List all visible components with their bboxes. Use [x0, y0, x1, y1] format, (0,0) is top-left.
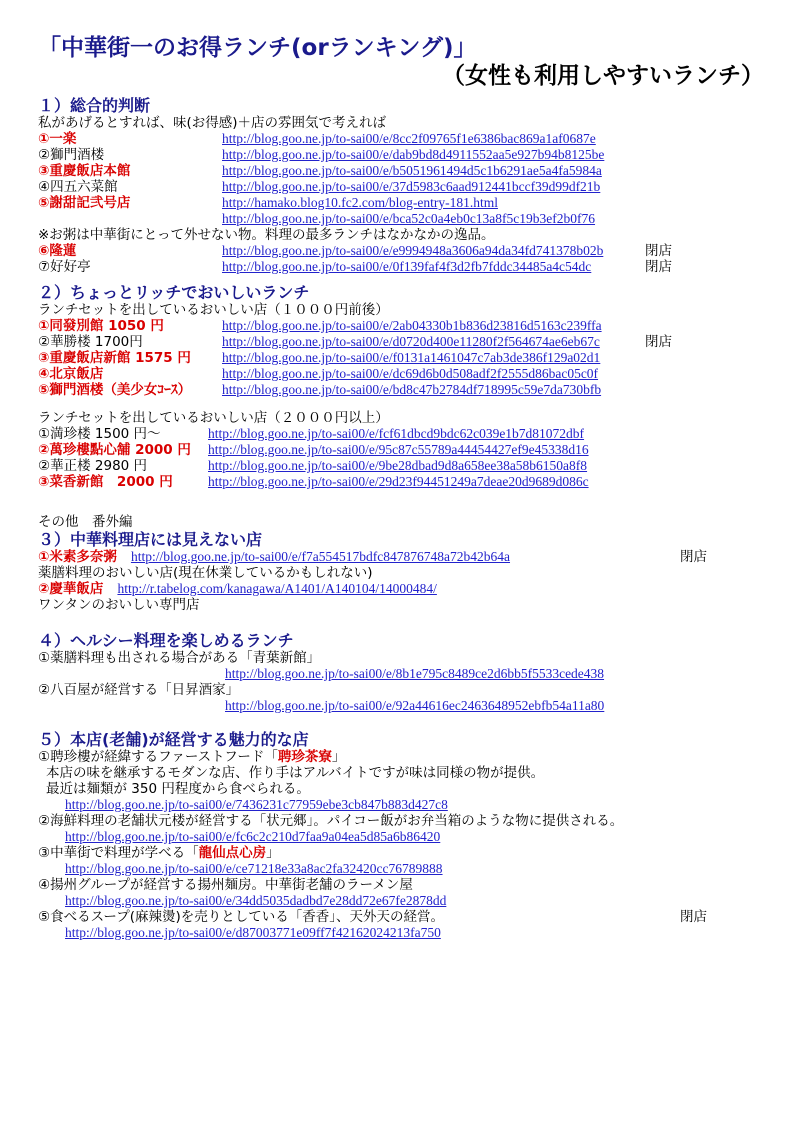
section-not-look-chinese: その他 番外編３）中華料理店には見えない店①米素多奈粥http://blog.g…: [38, 514, 764, 613]
url-line: http://blog.goo.ne.jp/to-sai00/e/92a4461…: [225, 698, 764, 714]
store-link[interactable]: http://blog.goo.ne.jp/to-sai00/e/0f139fa…: [222, 259, 591, 275]
text-content: ①薬膳料理も出される場合がある「青葉新館」: [38, 650, 320, 666]
store-link[interactable]: http://blog.goo.ne.jp/to-sai00/e/b505196…: [222, 163, 602, 179]
text-line: ④揚州グループが経営する揚州麺房。中華街老舗のラーメン屋: [38, 877, 764, 893]
section-healthy-lunch: ４）ヘルシー料理を楽しめるランチ①薬膳料理も出される場合がある「青葉新館」htt…: [38, 631, 764, 714]
store-link[interactable]: http://blog.goo.ne.jp/to-sai00/e/f0131a1…: [222, 350, 600, 366]
store-name: 聘珍茶寮: [278, 749, 332, 765]
text-content: ②八百屋が経営する「日昇酒家」: [38, 682, 239, 698]
store-name: ②慶華飯店: [38, 581, 103, 597]
store-row: ②華勝楼 1700円http://blog.goo.ne.jp/to-sai00…: [38, 334, 764, 350]
store-row: ④北京飯店http://blog.goo.ne.jp/to-sai00/e/dc…: [38, 366, 764, 382]
store-link[interactable]: http://blog.goo.ne.jp/to-sai00/e/7436231…: [65, 797, 448, 812]
text-line: 最近は麺類が 350 円程度から食べられる。: [46, 781, 764, 797]
store-link[interactable]: http://blog.goo.ne.jp/to-sai00/e/bca52c0…: [222, 211, 595, 227]
section-prenote: その他 番外編: [38, 514, 764, 530]
document-page: 「中華街一のお得ランチ(orランキング)」 （女性も利用しやすいランチ） １）総…: [0, 0, 794, 1123]
store-name: ①同發別館 1050 円: [38, 318, 222, 334]
store-link[interactable]: http://blog.goo.ne.jp/to-sai00/e/e999494…: [222, 243, 603, 259]
store-row: ⑦好好亭http://blog.goo.ne.jp/to-sai00/e/0f1…: [38, 259, 764, 275]
store-name: ①満珍楼 1500 円～: [38, 426, 208, 442]
store-row: ⑤獅門酒楼（美少女ｺｰｽ）http://blog.goo.ne.jp/to-sa…: [38, 382, 764, 398]
store-link[interactable]: http://blog.goo.ne.jp/to-sai00/e/dab9bd8…: [222, 147, 604, 163]
text-line: ②八百屋が経営する「日昇酒家」: [38, 682, 764, 698]
store-row: ②慶華飯店http://r.tabelog.com/kanagawa/A1401…: [38, 581, 764, 597]
store-link[interactable]: http://blog.goo.ne.jp/to-sai00/e/2ab0433…: [222, 318, 602, 334]
store-link[interactable]: http://r.tabelog.com/kanagawa/A1401/A140…: [117, 581, 436, 597]
store-row: ①同發別館 1050 円http://blog.goo.ne.jp/to-sai…: [38, 318, 764, 334]
url-line: http://blog.goo.ne.jp/to-sai00/e/7436231…: [65, 797, 764, 813]
store-name: ⑤獅門酒楼（美少女ｺｰｽ）: [38, 382, 222, 398]
section-heading: ２）ちょっとリッチでおいしいランチ: [38, 283, 764, 302]
section-rich-lunch-1000: ２）ちょっとリッチでおいしいランチランチセットを出しているおいしい店（１０００円…: [38, 283, 764, 398]
section-honten-shinise: ５）本店(老舗)が経営する魅力的な店①聘珍樓が経緯するファーストフード「聘珍茶寮…: [38, 730, 764, 941]
sections-container: １）総合的判断私があげるとすれば、味(お得感)＋店の雰囲気で考えれば①一楽htt…: [38, 96, 764, 941]
text-content: ※お粥は中華街にとって外せない物。料理の最多ランチはなかなかの逸品。: [38, 227, 495, 243]
text-line: 本店の味を継承するモダンな店、作り手はアルバイトですが味は同様の物が提供。: [46, 765, 764, 781]
url-line: http://blog.goo.ne.jp/to-sai00/e/34dd503…: [65, 893, 764, 909]
store-link[interactable]: http://blog.goo.ne.jp/to-sai00/e/bd8c47b…: [222, 382, 601, 398]
store-name: ①米素多奈粥: [38, 549, 117, 565]
text-line: ①聘珍樓が経緯するファーストフード「聘珍茶寮」: [38, 749, 764, 765]
store-row: ④四五六菜館http://blog.goo.ne.jp/to-sai00/e/3…: [38, 179, 764, 195]
store-link[interactable]: http://blog.goo.ne.jp/to-sai00/e/d0720d4…: [222, 334, 600, 350]
url-line: http://blog.goo.ne.jp/to-sai00/e/8b1e795…: [225, 666, 764, 682]
store-row: ⑥隆蓮http://blog.goo.ne.jp/to-sai00/e/e999…: [38, 243, 764, 259]
closed-badge: 閉店: [680, 909, 707, 925]
store-link[interactable]: http://blog.goo.ne.jp/to-sai00/e/ce71218…: [65, 861, 443, 876]
section-heading: １）総合的判断: [38, 96, 764, 115]
store-row: ①満珍楼 1500 円～http://blog.goo.ne.jp/to-sai…: [38, 426, 764, 442]
store-link[interactable]: http://blog.goo.ne.jp/to-sai00/e/fc6c2c2…: [65, 829, 440, 844]
store-name: ③重慶飯店本館: [38, 163, 222, 179]
store-name: ②華正楼 2980 円: [38, 458, 208, 474]
text-content: ⑤食べるスープ(麻辣燙)を売りとしている「香香」、天外天の経営。: [38, 909, 444, 925]
store-name: ②華勝楼 1700円: [38, 334, 222, 350]
text-line: ③中華街で料理が学べる「龍仙点心房」: [38, 845, 764, 861]
store-link[interactable]: http://blog.goo.ne.jp/to-sai00/e/f7a5545…: [131, 549, 510, 565]
text-content: 薬膳料理のおいしい店(現在休業しているかもしれない): [38, 565, 373, 581]
store-link[interactable]: http://blog.goo.ne.jp/to-sai00/e/8cc2f09…: [222, 131, 596, 147]
store-link[interactable]: http://blog.goo.ne.jp/to-sai00/e/95c87c5…: [208, 442, 589, 458]
store-name: ③重慶飯店新館 1575 円: [38, 350, 222, 366]
store-row: ⑤謝甜記弐号店http://hamako.blog10.fc2.com/blog…: [38, 195, 764, 211]
text-line: ⑤食べるスープ(麻辣燙)を売りとしている「香香」、天外天の経営。閉店: [38, 909, 764, 925]
store-link[interactable]: http://blog.goo.ne.jp/to-sai00/e/d870037…: [65, 925, 441, 940]
closed-badge: 閉店: [645, 243, 672, 259]
text-content: ②海鮮料理の老舗状元楼が経営する「状元郷」。パイコー飯がお弁当箱のような物に提供…: [38, 813, 623, 829]
section-heading: ３）中華料理店には見えない店: [38, 530, 764, 549]
closed-badge: 閉店: [645, 259, 672, 275]
store-row: ②華正楼 2980 円http://blog.goo.ne.jp/to-sai0…: [38, 458, 764, 474]
store-link[interactable]: http://blog.goo.ne.jp/to-sai00/e/37d5983…: [222, 179, 600, 195]
url-line: http://blog.goo.ne.jp/to-sai00/e/fc6c2c2…: [65, 829, 764, 845]
text-line: 薬膳料理のおいしい店(現在休業しているかもしれない): [38, 565, 764, 581]
store-name: ⑤謝甜記弐号店: [38, 195, 222, 211]
closed-badge: 閉店: [680, 549, 707, 565]
store-row: ③重慶飯店新館 1575 円http://blog.goo.ne.jp/to-s…: [38, 350, 764, 366]
text-content: ④揚州グループが経営する揚州麺房。中華街老舗のラーメン屋: [38, 877, 413, 893]
text-content: ①聘珍樓が経緯するファーストフード「: [38, 749, 278, 765]
text-line: ※お粥は中華街にとって外せない物。料理の最多ランチはなかなかの逸品。: [38, 227, 764, 243]
text-content: 最近は麺類が 350 円程度から食べられる。: [46, 781, 310, 797]
section-intro: 私があげるとすれば、味(お得感)＋店の雰囲気で考えれば: [38, 115, 764, 131]
section-heading: ５）本店(老舗)が経営する魅力的な店: [38, 730, 764, 749]
text-line: ①薬膳料理も出される場合がある「青葉新館」: [38, 650, 764, 666]
page-subtitle: （女性も利用しやすいランチ）: [38, 62, 764, 90]
store-link[interactable]: http://blog.goo.ne.jp/to-sai00/e/29d23f9…: [208, 474, 589, 490]
store-link[interactable]: http://blog.goo.ne.jp/to-sai00/e/34dd503…: [65, 893, 446, 908]
store-link[interactable]: http://blog.goo.ne.jp/to-sai00/e/9be28db…: [208, 458, 587, 474]
store-name: ③菜香新館 2000 円: [38, 474, 208, 490]
text-content: 」: [332, 749, 346, 765]
store-name: 龍仙点心房: [199, 845, 267, 861]
store-name: ②萬珍樓點心舗 2000 円: [38, 442, 208, 458]
text-content: 本店の味を継承するモダンな店、作り手はアルバイトですが味は同様の物が提供。: [46, 765, 544, 781]
url-line: http://blog.goo.ne.jp/to-sai00/e/d870037…: [65, 925, 764, 941]
text-line: ワンタンのおいしい専門店: [38, 597, 764, 613]
store-name: ④四五六菜館: [38, 179, 222, 195]
closed-badge: 閉店: [645, 334, 672, 350]
store-row: ③菜香新館 2000 円http://blog.goo.ne.jp/to-sai…: [38, 474, 764, 490]
text-content: ワンタンのおいしい専門店: [38, 597, 199, 613]
store-row: ③重慶飯店本館http://blog.goo.ne.jp/to-sai00/e/…: [38, 163, 764, 179]
section-rich-lunch-2000: ランチセットを出しているおいしい店（２０００円以上）①満珍楼 1500 円～ht…: [38, 410, 764, 490]
section-intro: ランチセットを出しているおいしい店（２０００円以上）: [38, 410, 764, 426]
text-content: 」: [266, 845, 280, 861]
url-line: http://blog.goo.ne.jp/to-sai00/e/ce71218…: [65, 861, 764, 877]
store-name: ④北京飯店: [38, 366, 222, 382]
text-content: ③中華街で料理が学べる「: [38, 845, 199, 861]
store-link[interactable]: http://blog.goo.ne.jp/to-sai00/e/dc69d6b…: [222, 366, 598, 382]
store-name: ①一楽: [38, 131, 222, 147]
store-name: ⑦好好亭: [38, 259, 222, 275]
section-heading: ４）ヘルシー料理を楽しめるランチ: [38, 631, 764, 650]
store-row: ②萬珍樓點心舗 2000 円http://blog.goo.ne.jp/to-s…: [38, 442, 764, 458]
text-line: ②海鮮料理の老舗状元楼が経営する「状元郷」。パイコー飯がお弁当箱のような物に提供…: [38, 813, 764, 829]
store-row: ①米素多奈粥http://blog.goo.ne.jp/to-sai00/e/f…: [38, 549, 764, 565]
page-title: 「中華街一のお得ランチ(orランキング)」: [38, 34, 764, 62]
section-intro: ランチセットを出しているおいしい店（１０００円前後）: [38, 302, 764, 318]
store-name: ②獅門酒楼: [38, 147, 222, 163]
store-link[interactable]: http://hamako.blog10.fc2.com/blog-entry-…: [222, 195, 498, 211]
store-name: ⑥隆蓮: [38, 243, 222, 259]
store-row: ①一楽http://blog.goo.ne.jp/to-sai00/e/8cc2…: [38, 131, 764, 147]
store-link[interactable]: http://blog.goo.ne.jp/to-sai00/e/92a4461…: [225, 698, 604, 713]
store-link[interactable]: http://blog.goo.ne.jp/to-sai00/e/fcf61db…: [208, 426, 584, 442]
store-row: http://blog.goo.ne.jp/to-sai00/e/bca52c0…: [38, 211, 764, 227]
store-link[interactable]: http://blog.goo.ne.jp/to-sai00/e/8b1e795…: [225, 666, 604, 681]
section-overall-ranking: １）総合的判断私があげるとすれば、味(お得感)＋店の雰囲気で考えれば①一楽htt…: [38, 96, 764, 275]
store-row: ②獅門酒楼http://blog.goo.ne.jp/to-sai00/e/da…: [38, 147, 764, 163]
